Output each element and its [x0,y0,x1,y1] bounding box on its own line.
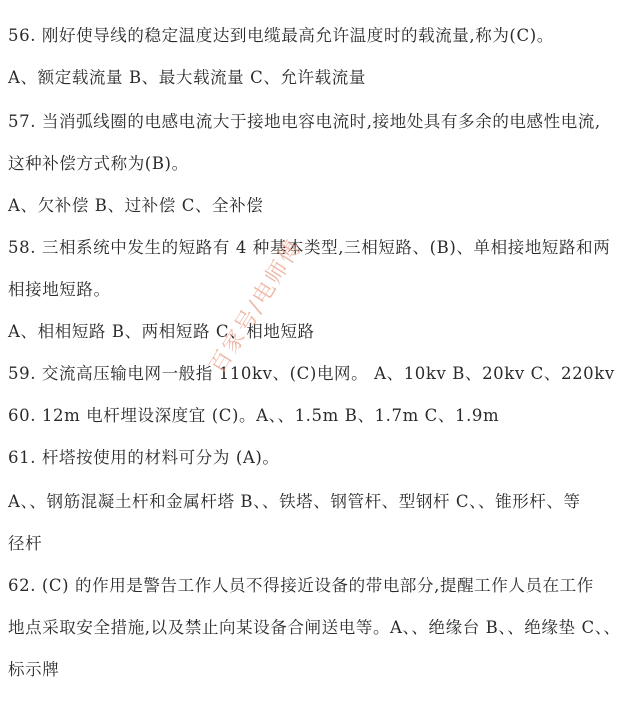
question-62-stem-line-2: 地点采取安全措施,以及禁止向某设备合闸送电等。A、、绝缘台 B、、绝缘垫 C、、 [8,618,621,638]
question-61-options-line-2: 径杆 [8,534,42,554]
question-56-options: A、额定载流量 B、最大载流量 C、允许载流量 [8,68,366,88]
question-57-options: A、欠补偿 B、过补偿 C、全补偿 [8,196,263,216]
question-61-options-line-1: A、、钢筋混凝土杆和金属杆塔 B、、铁塔、钢管杆、型钢杆 C、、锥形杆、等 [8,492,581,512]
question-62-stem-line-1: 62. (C) 的作用是警告工作人员不得接近设备的带电部分,提醒工作人员在工作 [8,576,594,596]
question-60: 60. 12m 电杆埋设深度宜 (C)。A、、1.5m B、1.7m C、1.9… [8,406,499,426]
question-58-options: A、相相短路 B、两相短路 C、相地短路 [8,322,315,342]
question-59: 59. 交流高压输电网一般指 110kv、(C)电网。 A、10kv B、20k… [8,364,615,384]
question-57-stem-line-2: 这种补偿方式称为(B)。 [8,154,189,174]
question-57-stem-line-1: 57. 当消弧线圈的电感电流大于接地电容电流时,接地处具有多余的电感性电流, [8,112,601,132]
question-62-stem-line-3: 标示牌 [8,660,59,680]
question-61-stem: 61. 杆塔按使用的材料可分为 (A)。 [8,448,280,468]
question-58-stem-line-2: 相接地短路。 [8,280,111,300]
question-56-stem: 56. 刚好使导线的稳定温度达到电缆最高允许温度时的载流量,称为(C)。 [8,26,554,46]
question-58-stem-line-1: 58. 三相系统中发生的短路有 4 种基本类型,三相短路、(B)、单相接地短路和… [8,238,610,258]
